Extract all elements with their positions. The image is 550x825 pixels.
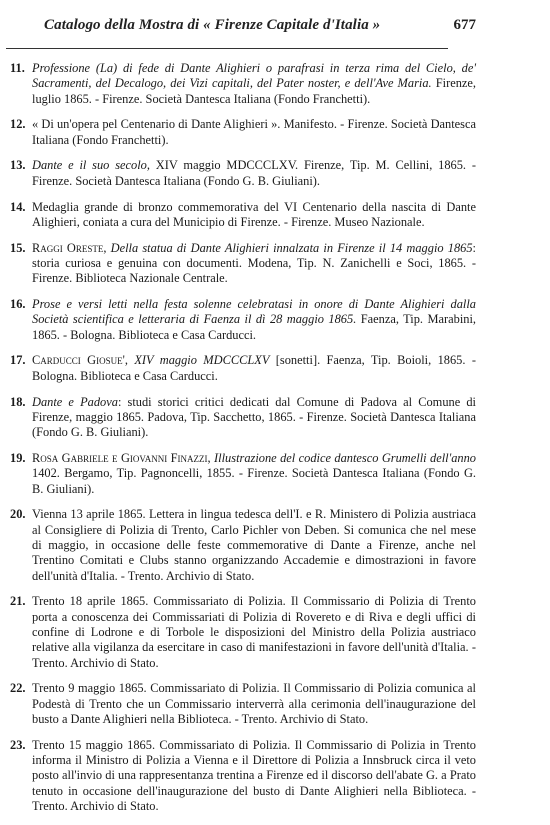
entry-title: Illustrazione del codice dantesco Grumel… xyxy=(211,451,476,465)
document-page: Catalogo della Mostra di « Firenze Capit… xyxy=(0,0,550,825)
entry-title: Dante e Padova xyxy=(32,395,118,409)
entry-title: Dante e il suo secolo, xyxy=(32,158,150,172)
entry-author: Carducci Giosue', xyxy=(32,353,128,367)
entry-details: Trento 9 maggio 1865. Commissariato di P… xyxy=(32,681,476,726)
catalog-entry: 18. Dante e Padova: studi storici critic… xyxy=(10,395,476,441)
entry-text: Rosa Gabriele e Giovanni Finazzi, Illust… xyxy=(32,451,476,497)
entry-text: Trento 18 aprile 1865. Commissariato di … xyxy=(32,594,476,670)
entry-author: Rosa Gabriele e Giovanni Finazzi, xyxy=(32,451,211,465)
catalog-entries: 11. Professione (La) di fede di Dante Al… xyxy=(10,61,476,825)
running-header: Catalogo della Mostra di « Firenze Capit… xyxy=(6,17,476,39)
page-number: 677 xyxy=(454,17,477,34)
entry-number: 18. xyxy=(10,395,26,410)
entry-text: Professione (La) di fede di Dante Alighi… xyxy=(32,61,476,107)
entry-text: Trento 15 maggio 1865. Commissariato di … xyxy=(32,738,476,814)
entry-number: 20. xyxy=(10,507,26,522)
entry-details: Medaglia grande di bronzo commemorativa … xyxy=(32,200,476,229)
entry-details: Trento 18 aprile 1865. Commissariato di … xyxy=(32,594,476,669)
entry-details: « Di un'opera pel Centenario di Dante Al… xyxy=(32,117,476,146)
entry-number: 14. xyxy=(10,200,26,215)
catalog-entry: 20. Vienna 13 aprile 1865. Lettera in li… xyxy=(10,507,476,583)
entry-number: 15. xyxy=(10,241,26,256)
entry-text: Carducci Giosue', XIV maggio MDCCCLXV [s… xyxy=(32,353,476,384)
entry-details: Trento 15 maggio 1865. Commissariato di … xyxy=(32,738,476,813)
catalog-entry: 22. Trento 9 maggio 1865. Commissariato … xyxy=(10,681,476,727)
catalog-entry: 12. « Di un'opera pel Centenario di Dant… xyxy=(10,117,476,148)
entry-number: 12. xyxy=(10,117,26,132)
catalog-entry: 15. Raggi Oreste, Della statua di Dante … xyxy=(10,241,476,287)
entry-text: « Di un'opera pel Centenario di Dante Al… xyxy=(32,117,476,148)
entry-title: Della statua di Dante Alighieri innalzat… xyxy=(106,241,472,255)
header-title: Catalogo della Mostra di « Firenze Capit… xyxy=(44,17,380,34)
entry-text: Vienna 13 aprile 1865. Lettera in lingua… xyxy=(32,507,476,583)
catalog-entry: 16. Prose e versi letti nella festa sole… xyxy=(10,297,476,343)
entry-author: Raggi Oreste, xyxy=(32,241,106,255)
entry-number: 22. xyxy=(10,681,26,696)
entry-number: 11. xyxy=(10,61,25,76)
entry-text: Dante e Padova: studi storici critici de… xyxy=(32,395,476,441)
entry-text: Medaglia grande di bronzo commemorativa … xyxy=(32,200,476,231)
entry-details: Vienna 13 aprile 1865. Lettera in lingua… xyxy=(32,507,476,582)
entry-title: Professione (La) di fede di Dante Alighi… xyxy=(32,61,476,90)
entry-title: XIV maggio MDCCCLXV xyxy=(128,353,269,367)
entry-text: Raggi Oreste, Della statua di Dante Alig… xyxy=(32,241,476,287)
catalog-entry: 23. Trento 15 maggio 1865. Commissariato… xyxy=(10,738,476,814)
entry-number: 21. xyxy=(10,594,26,609)
entry-number: 13. xyxy=(10,158,26,173)
catalog-entry: 19. Rosa Gabriele e Giovanni Finazzi, Il… xyxy=(10,451,476,497)
catalog-entry: 17. Carducci Giosue', XIV maggio MDCCCLX… xyxy=(10,353,476,384)
entry-text: Prose e versi letti nella festa solenne … xyxy=(32,297,476,343)
entry-text: Trento 9 maggio 1865. Commissariato di P… xyxy=(32,681,476,727)
catalog-entry: 11. Professione (La) di fede di Dante Al… xyxy=(10,61,476,107)
entry-number: 17. xyxy=(10,353,26,368)
catalog-entry: 14. Medaglia grande di bronzo commemorat… xyxy=(10,200,476,231)
entry-number: 19. xyxy=(10,451,26,466)
entry-number: 16. xyxy=(10,297,26,312)
header-rule xyxy=(6,48,448,49)
catalog-entry: 13. Dante e il suo secolo, XIV maggio MD… xyxy=(10,158,476,189)
catalog-entry: 21. Trento 18 aprile 1865. Commissariato… xyxy=(10,594,476,670)
entry-details: 1402. Bergamo, Tip. Pagnoncelli, 1855. -… xyxy=(32,466,476,495)
entry-number: 23. xyxy=(10,738,26,753)
entry-text: Dante e il suo secolo, XIV maggio MDCCCL… xyxy=(32,158,476,189)
